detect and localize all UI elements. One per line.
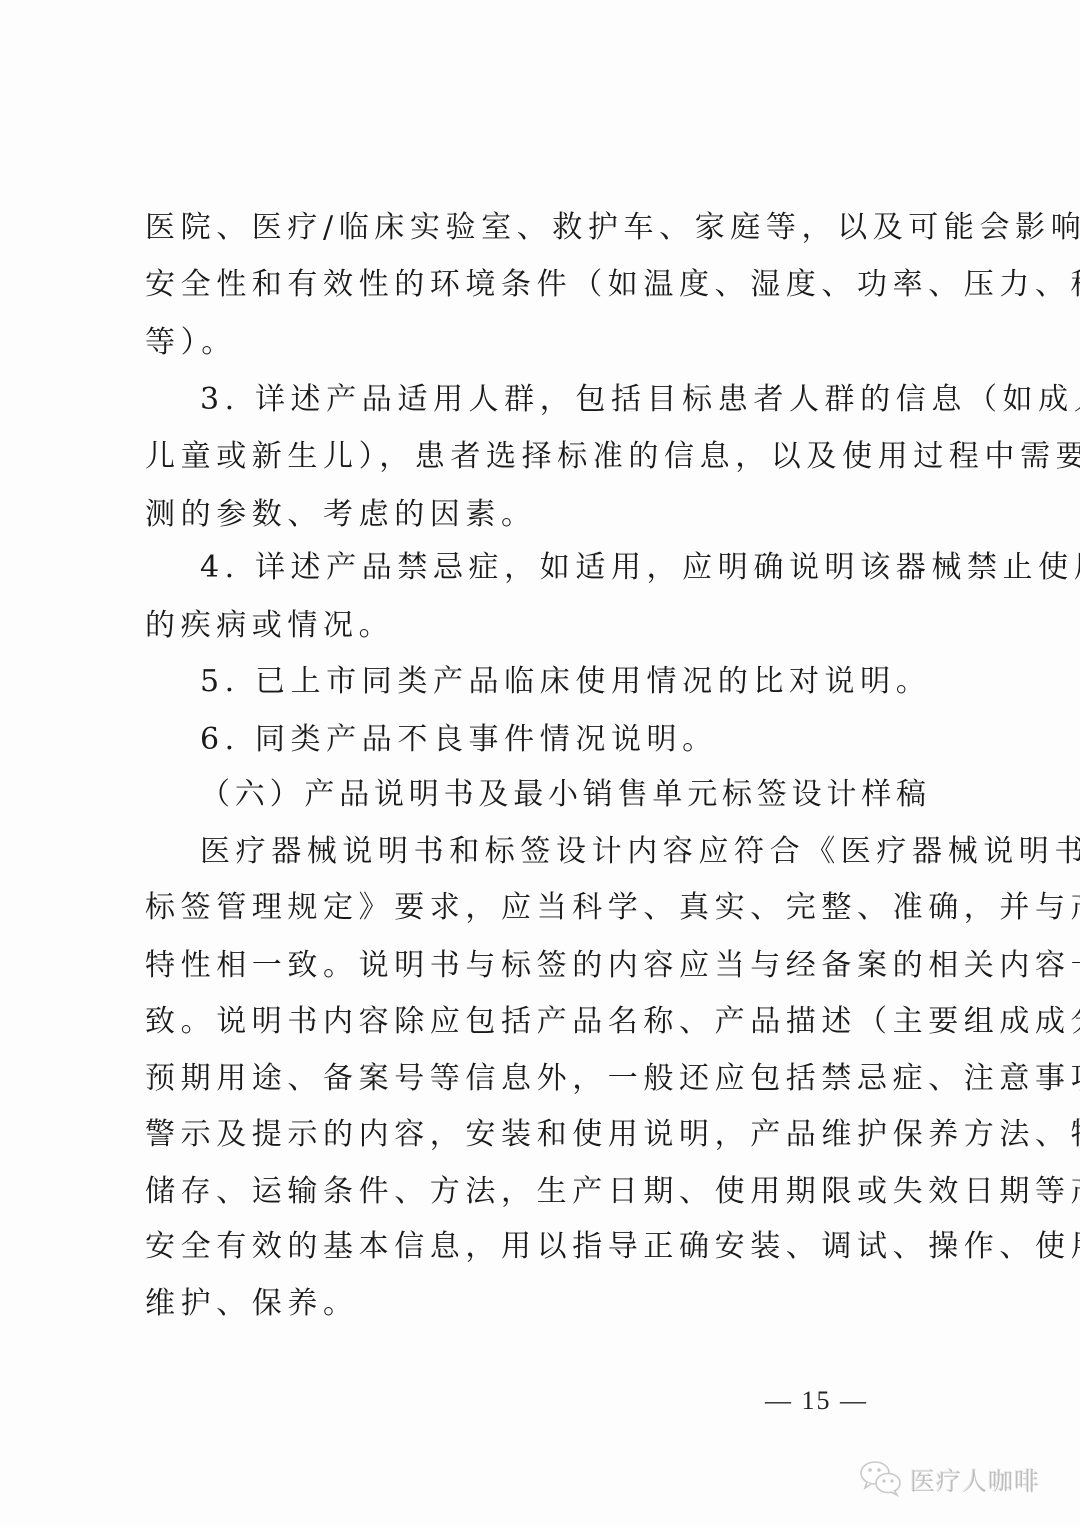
- paragraph-line-8: 安全有效的基本信息，用以指导正确安装、调试、操作、使用、: [145, 1227, 950, 1267]
- list-item-4-cont: 的疾病或情况。: [145, 606, 950, 646]
- wechat-icon: [858, 1458, 904, 1502]
- paragraph-line-2: 标签管理规定》要求，应当科学、真实、完整、准确，并与产品: [145, 888, 950, 928]
- paragraph-line-3: 特性相一致。说明书与标签的内容应当与经备案的相关内容一: [145, 946, 950, 986]
- list-item-4: 4. 详述产品禁忌症，如适用，应明确说明该器械禁止使用: [200, 548, 1005, 588]
- list-item-3-cont-2: 测的参数、考虑的因素。: [145, 495, 950, 535]
- list-item-6: 6. 同类产品不良事件情况说明。: [200, 720, 1005, 760]
- page-number: — 15 —: [765, 1386, 868, 1416]
- paragraph-line-6: 警示及提示的内容，安装和使用说明，产品维护保养方法、特殊: [145, 1115, 950, 1155]
- document-page: 医院、医疗/临床实验室、救护车、家庭等，以及可能会影响其 安全性和有效性的环境条…: [0, 0, 1080, 1527]
- paragraph-line-9: 维护、保养。: [145, 1284, 950, 1324]
- paragraph-line-7: 储存、运输条件、方法，生产日期、使用期限或失效日期等产品: [145, 1172, 950, 1212]
- list-item-3-cont-1: 儿童或新生儿），患者选择标准的信息，以及使用过程中需要监: [145, 437, 950, 477]
- paragraph-line-4: 致。说明书内容除应包括产品名称、产品描述（主要组成成分）、: [145, 1002, 950, 1042]
- list-item-3: 3. 详述产品适用人群，包括目标患者人群的信息（如成人、: [200, 380, 1005, 420]
- watermark: 医疗人咖啡: [858, 1458, 1040, 1502]
- watermark-text: 医疗人咖啡: [910, 1462, 1040, 1498]
- list-item-5: 5. 已上市同类产品临床使用情况的比对说明。: [200, 662, 1005, 702]
- body-line-1: 医院、医疗/临床实验室、救护车、家庭等，以及可能会影响其: [145, 208, 950, 248]
- body-line-2: 安全性和有效性的环境条件（如温度、湿度、功率、压力、移动: [145, 265, 950, 305]
- body-line-3: 等）。: [145, 323, 950, 363]
- section-heading-6: （六）产品说明书及最小销售单元标签设计样稿: [200, 775, 1005, 815]
- paragraph-line-1: 医疗器械说明书和标签设计内容应符合《医疗器械说明书和: [200, 832, 1005, 872]
- paragraph-line-5: 预期用途、备案号等信息外，一般还应包括禁忌症、注意事项、: [145, 1059, 950, 1099]
